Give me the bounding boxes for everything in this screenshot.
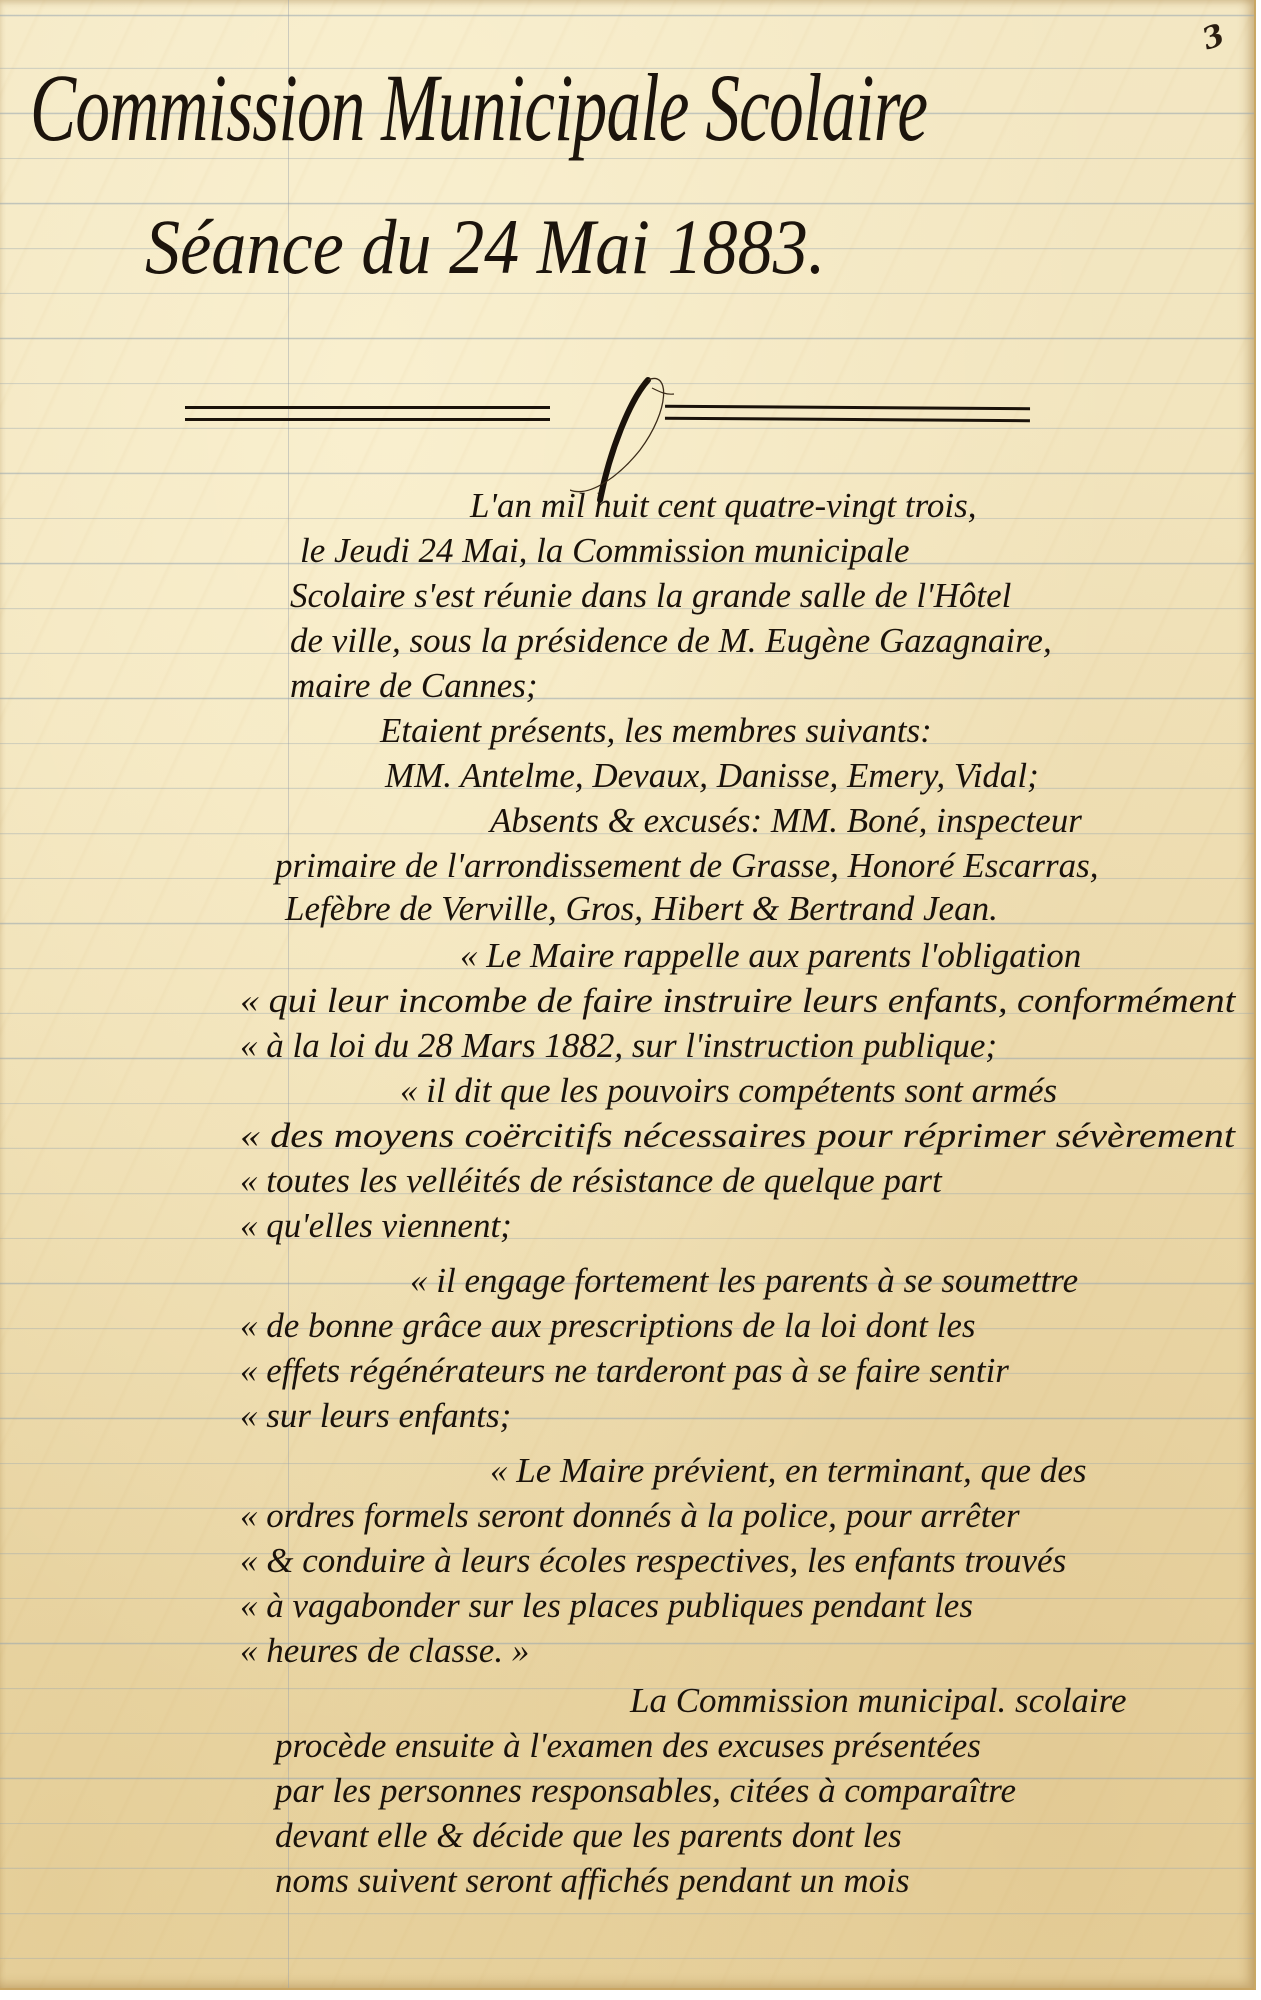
manuscript-line: « sur leurs enfants;	[240, 1398, 511, 1433]
manuscript-line: le Jeudi 24 Mai, la Commission municipal…	[300, 533, 910, 568]
manuscript-line: « Le Maire rappelle aux parents l'obliga…	[460, 938, 1081, 973]
manuscript-line: « des moyens coërcitifs nécessaires pour…	[240, 1118, 1235, 1153]
manuscript-line: « ordres formels seront donnés à la poli…	[240, 1498, 1020, 1533]
manuscript-line: noms suivent seront affichés pendant un …	[275, 1863, 909, 1898]
manuscript-line: MM. Antelme, Devaux, Danisse, Emery, Vid…	[385, 758, 1039, 793]
manuscript-line: « il engage fortement les parents à se s…	[410, 1263, 1078, 1298]
document-title: Commission Municipale Scolaire	[30, 60, 894, 156]
manuscript-line: « qu'elles viennent;	[240, 1208, 512, 1243]
manuscript-line: Lefèbre de Verville, Gros, Hibert & Bert…	[285, 891, 998, 926]
manuscript-line: « & conduire à leurs écoles respectives,…	[240, 1543, 1066, 1578]
manuscript-line: Etaient présents, les membres suivants:	[380, 713, 932, 748]
manuscript-line: Absents & excusés: MM. Boné, inspecteur	[490, 803, 1082, 838]
manuscript-line: « toutes les velléités de résistance de …	[240, 1163, 942, 1198]
manuscript-line: Scolaire s'est réunie dans la grande sal…	[290, 578, 1011, 613]
manuscript-line: « il dit que les pouvoirs compétents son…	[400, 1073, 1057, 1108]
manuscript-line: « heures de classe. »	[240, 1633, 529, 1668]
session-date-heading: Séance du 24 Mai 1883.	[145, 208, 825, 286]
manuscript-line: L'an mil huit cent quatre-vingt trois,	[470, 488, 977, 523]
manuscript-line: maire de Cannes;	[290, 668, 538, 703]
manuscript-line: « à vagabonder sur les places publiques …	[240, 1588, 973, 1623]
manuscript-page: 3 Commission Municipale Scolaire Séance …	[0, 0, 1256, 1990]
manuscript-line: « effets régénérateurs ne tarderont pas …	[240, 1353, 1009, 1388]
manuscript-line: par les personnes responsables, citées à…	[275, 1773, 1016, 1808]
manuscript-line: « à la loi du 28 Mars 1882, sur l'instru…	[240, 1028, 997, 1063]
manuscript-line: primaire de l'arrondissement de Grasse, …	[275, 848, 1098, 883]
manuscript-line: procède ensuite à l'examen des excuses p…	[275, 1728, 981, 1763]
manuscript-line: « qui leur incombe de faire instruire le…	[240, 983, 1235, 1018]
double-rule-right	[665, 405, 1030, 423]
manuscript-line: devant elle & décide que les parents don…	[275, 1818, 902, 1853]
manuscript-line: de ville, sous la présidence de M. Eugèn…	[290, 623, 1052, 658]
manuscript-line: La Commission municipal. scolaire	[630, 1683, 1127, 1718]
manuscript-line: « de bonne grâce aux prescriptions de la…	[240, 1308, 976, 1343]
double-rule-left	[185, 406, 550, 421]
manuscript-line: « Le Maire prévient, en terminant, que d…	[490, 1453, 1087, 1488]
